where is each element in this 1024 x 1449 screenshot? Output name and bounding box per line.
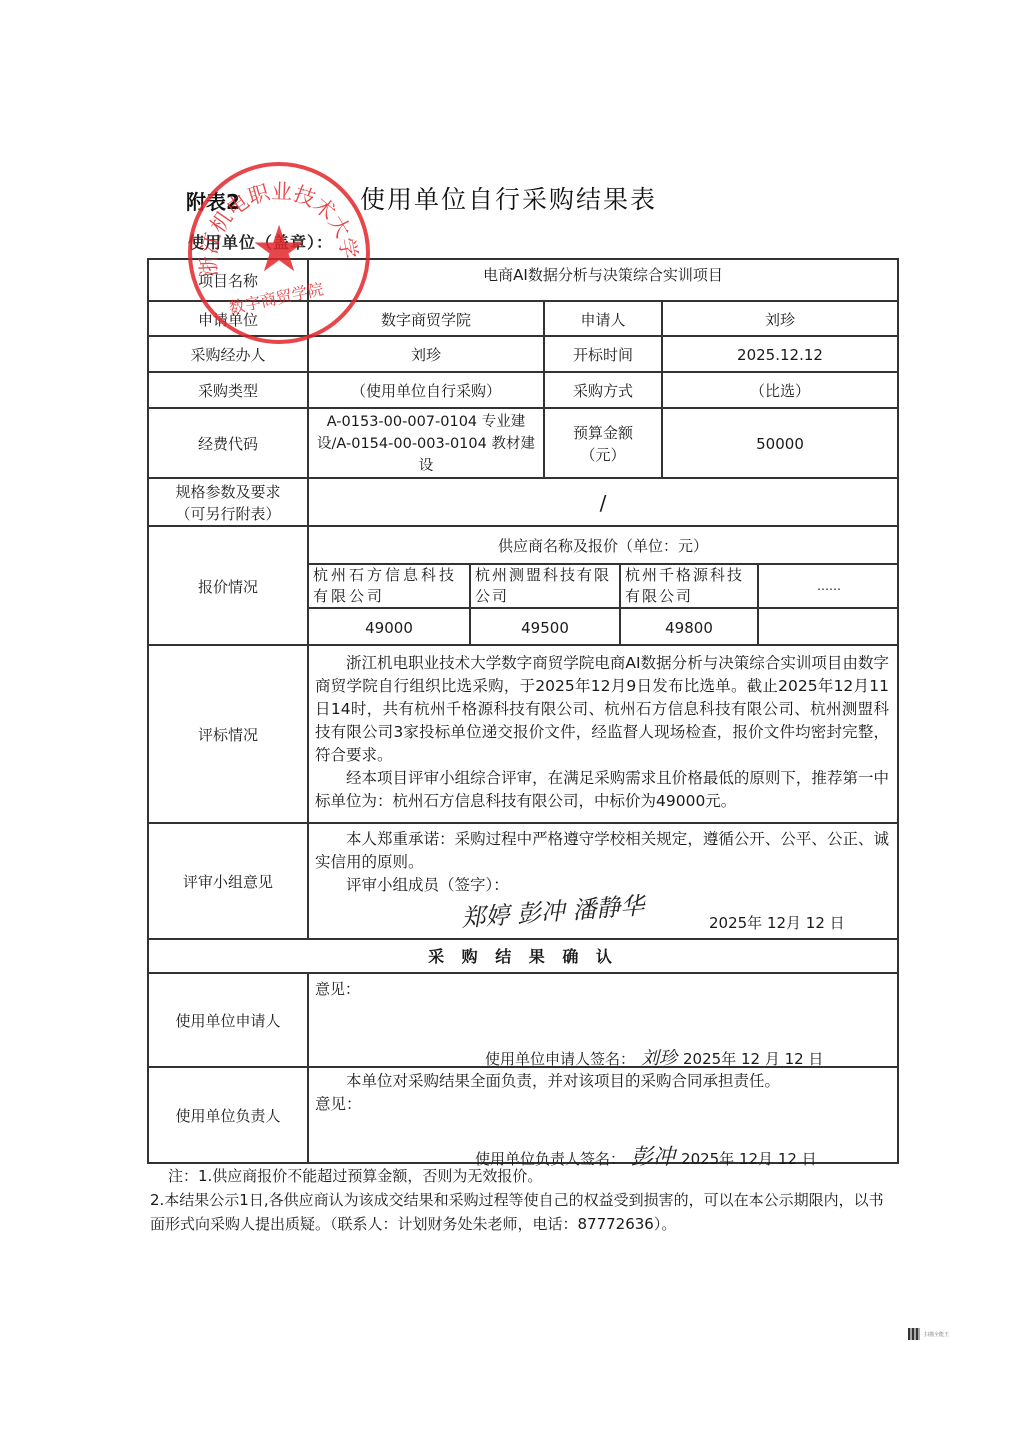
supplier-3-price: 49800 xyxy=(621,609,757,646)
row-applicant-confirm: 使用单位申请人 意见： 使用单位申请人签名： 刘珍 2025年 12 月 12 … xyxy=(149,972,897,1068)
attachment-number: 附表2 xyxy=(186,186,240,215)
bid-open-time-value: 2025.12.12 xyxy=(663,337,897,373)
row-panel-opinion: 评审小组意见 本人郑重承诺：采购过程中严格遵守学校相关规定，遵循公开、公平、公正… xyxy=(149,822,897,940)
procurement-method-value: （比选） xyxy=(663,373,897,409)
procurement-type-label: 采购类型 xyxy=(149,373,307,409)
supplier-3-name: 杭州千格源科技有限公司 xyxy=(625,565,755,607)
applicant-confirm-label: 使用单位申请人 xyxy=(149,974,307,1068)
head-statement: 本单位对采购结果全面负责，并对该项目的采购合同承担责任。 xyxy=(315,1070,889,1093)
procurement-type-value: （使用单位自行采购） xyxy=(309,373,543,409)
quotes-header: 供应商名称及报价（单位：元） xyxy=(309,527,897,563)
scanner-mark-text: 扫描全能王 xyxy=(924,1331,949,1338)
head-confirm-label: 使用单位负责人 xyxy=(149,1068,307,1164)
quotes-label: 报价情况 xyxy=(149,527,307,646)
specs-label: 规格参数及要求（可另行附表） xyxy=(149,479,307,527)
row-procurement-type: 采购类型 （使用单位自行采购） 采购方式 （比选） xyxy=(149,371,897,409)
handler-label: 采购经办人 xyxy=(149,337,307,373)
row-applicant: 申请单位 数字商贸学院 申请人 刘珍 xyxy=(149,300,897,337)
supplier-4-price xyxy=(759,609,897,646)
budget-label: 预算金额（元） xyxy=(559,409,647,479)
supplier-2-price: 49500 xyxy=(471,609,619,646)
evaluation-paragraph-2: 经本项目评审小组综合评审，在满足采购需求且价格最低的原则下，推荐第一中标单位为：… xyxy=(315,767,889,813)
project-name-value: 电商AI数据分析与决策综合实训项目 xyxy=(309,260,897,302)
row-quotes: 报价情况 供应商名称及报价（单位：元） 杭州石方信息科技有限公司 杭州测盟科技有… xyxy=(149,525,897,646)
confirm-header: 采 购 结 果 确 认 xyxy=(149,940,897,974)
supplier-1-name: 杭州石方信息科技有限公司 xyxy=(313,565,465,607)
fund-code-value: A-0153-00-007-0104 专业建设/A-0154-00-003-01… xyxy=(315,409,537,479)
bid-open-time-label: 开标时间 xyxy=(545,337,661,373)
applicant-unit-label: 申请单位 xyxy=(149,302,307,337)
unit-seal-label: 使用单位（盖章）： xyxy=(188,230,333,253)
page-title: 使用单位自行采购结果表 xyxy=(360,180,657,216)
footer-notes: 注：1.供应商报价不能超过预算金额，否则为无效报价。 2.本结果公示1日,各供应… xyxy=(150,1164,890,1236)
row-handler: 采购经办人 刘珍 开标时间 2025.12.12 xyxy=(149,335,897,373)
supplier-1-price: 49000 xyxy=(309,609,469,646)
panel-date: 2025年 12月 12 日 xyxy=(709,912,845,933)
row-specs: 规格参数及要求（可另行附表） / xyxy=(149,477,897,527)
project-name-label: 项目名称 xyxy=(149,260,307,302)
row-head-confirm: 使用单位负责人 本单位对采购结果全面负责，并对该项目的采购合同承担责任。 意见：… xyxy=(149,1066,897,1164)
supplier-2-name: 杭州测盟科技有限公司 xyxy=(475,565,615,607)
applicant-opinion-label: 意见： xyxy=(315,978,360,999)
procurement-result-table: 项目名称 电商AI数据分析与决策综合实训项目 申请单位 数字商贸学院 申请人 刘… xyxy=(147,258,899,1164)
budget-value: 50000 xyxy=(663,409,897,479)
supplier-4-name: …… xyxy=(761,565,897,607)
head-opinion-label: 意见： xyxy=(315,1093,889,1116)
panel-pledge: 本人郑重承诺：采购过程中严格遵守学校相关规定，遵循公开、公平、公正、诚实信用的原… xyxy=(315,828,889,874)
evaluation-paragraph-1: 浙江机电职业技术大学数字商贸学院电商AI数据分析与决策综合实训项目由数字商贸学院… xyxy=(315,652,889,767)
applicant-unit-value: 数字商贸学院 xyxy=(309,302,543,337)
handler-value: 刘珍 xyxy=(309,337,543,373)
note-1: 注：1.供应商报价不能超过预算金额，否则为无效报价。 xyxy=(150,1164,890,1188)
specs-value: / xyxy=(309,479,897,527)
row-confirm-header: 采 购 结 果 确 认 xyxy=(149,938,897,974)
qr-code-icon xyxy=(908,1328,920,1340)
row-evaluation: 评标情况 浙江机电职业技术大学数字商贸学院电商AI数据分析与决策综合实训项目由数… xyxy=(149,644,897,824)
scanner-watermark: 扫描全能王 xyxy=(908,1328,949,1340)
applicant-label: 申请人 xyxy=(545,302,661,337)
note-2: 2.本结果公示1日,各供应商认为该成交结果和采购过程等使自己的权益受到损害的，可… xyxy=(150,1188,890,1236)
row-project-name: 项目名称 电商AI数据分析与决策综合实训项目 xyxy=(149,258,897,302)
panel-opinion-label: 评审小组意见 xyxy=(149,824,307,940)
row-fund-code: 经费代码 A-0153-00-007-0104 专业建设/A-0154-00-0… xyxy=(149,407,897,479)
applicant-value: 刘珍 xyxy=(663,302,897,337)
fund-code-label: 经费代码 xyxy=(149,409,307,479)
evaluation-label: 评标情况 xyxy=(149,646,307,824)
procurement-method-label: 采购方式 xyxy=(545,373,661,409)
